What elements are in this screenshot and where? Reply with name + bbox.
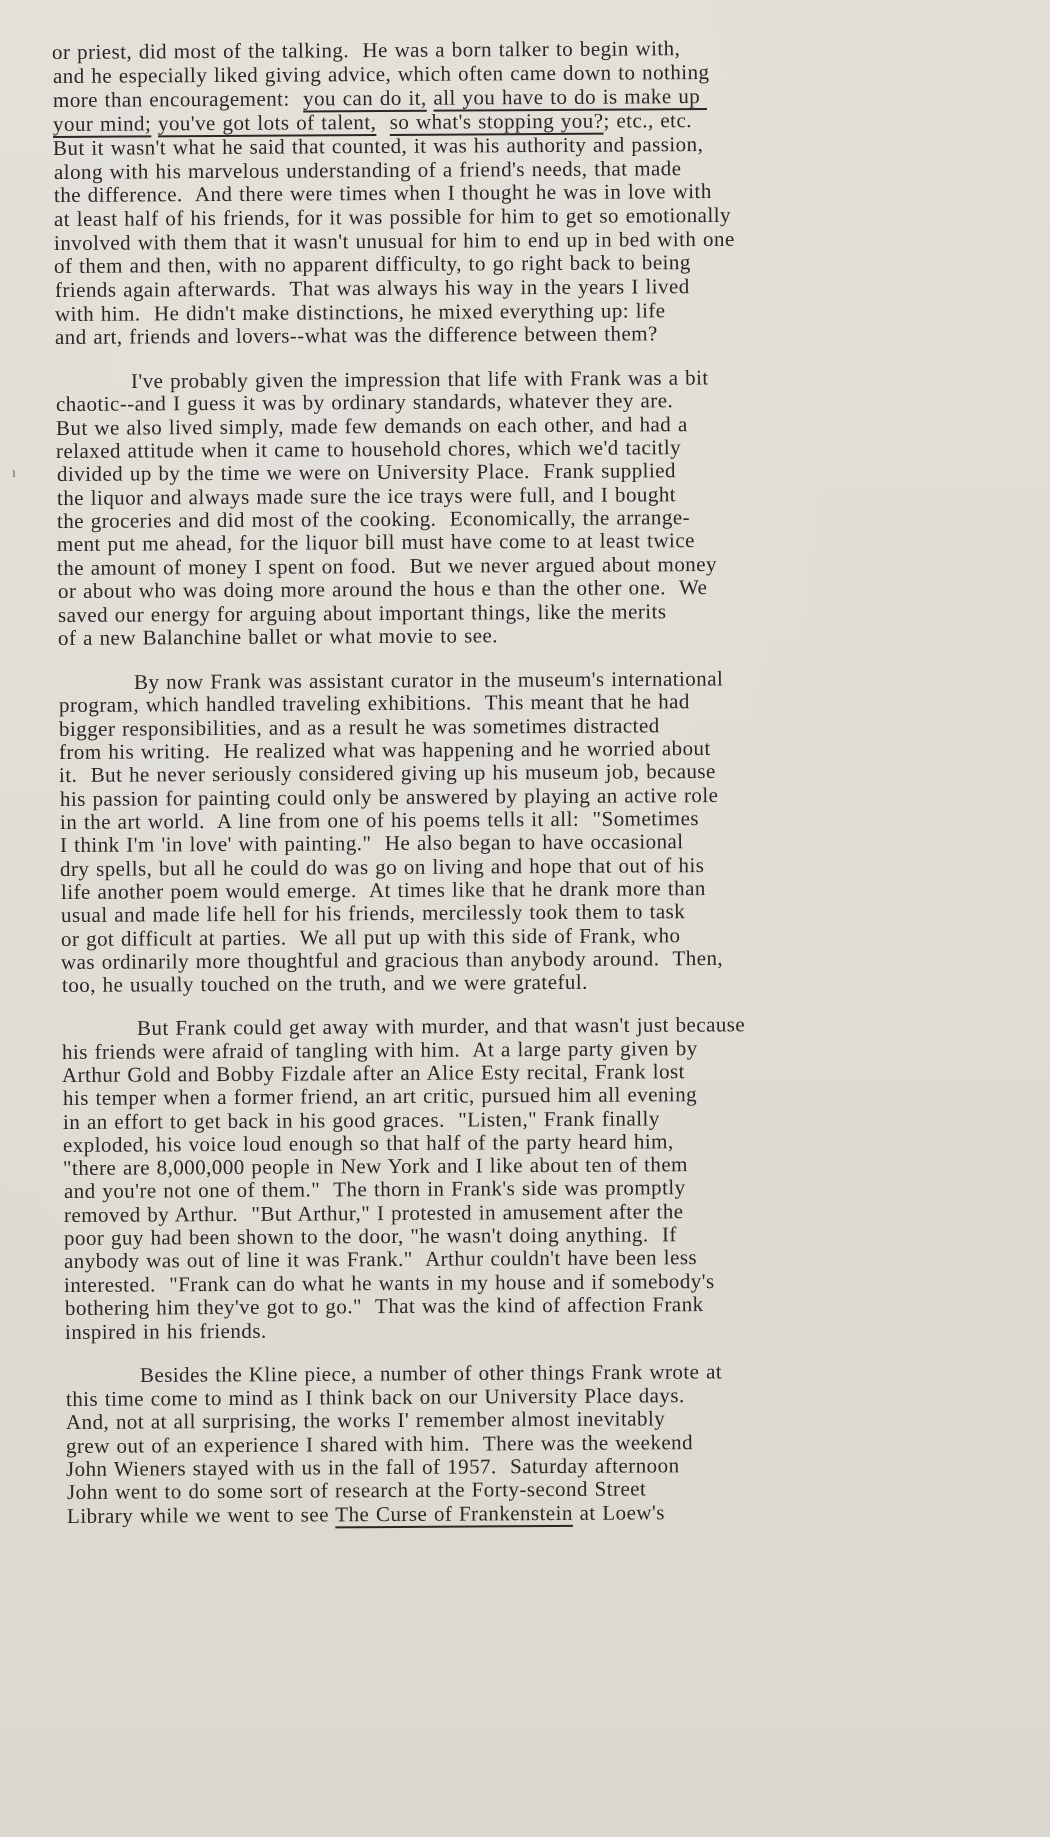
text-run (376, 110, 390, 134)
text-line: of a new Balanchine ballet or what movie… (58, 623, 498, 651)
typescript-page: ı or priest, did most of the talking. He… (0, 0, 1050, 1837)
text-run: Library while we went to see (67, 1502, 335, 1528)
underlined-phrase: your mind; (53, 111, 151, 136)
text-line: Library while we went to see The Curse o… (67, 1500, 665, 1529)
underlined-phrase: The Curse of Frankenstein (335, 1501, 573, 1526)
underlined-phrase: all you have to do is make up (433, 84, 707, 110)
text-run: bothering him they've got to go." That w… (65, 1292, 704, 1320)
text-line: bothering him they've got to go." That w… (65, 1292, 704, 1321)
text-run: saved our energy for arguing about impor… (58, 599, 667, 627)
text-line: inspired in his friends. (65, 1319, 267, 1345)
text-run: inspired in his friends. (65, 1319, 267, 1344)
text-line: and art, friends and lovers--what was th… (55, 321, 658, 350)
text-run: was ordinarily more thoughtful and graci… (61, 946, 723, 974)
underlined-phrase: you've got lots of talent, (158, 110, 377, 135)
text-run: of a new Balanchine ballet or what movie… (58, 623, 498, 650)
text-run: too, he usually touched on the truth, an… (61, 970, 587, 997)
underlined-phrase: you can do it, (303, 86, 427, 111)
text-run: more than encouragement: (53, 86, 303, 112)
text-line: too, he usually touched on the truth, an… (61, 970, 587, 998)
text-run: John went to do some sort of research at… (66, 1476, 645, 1504)
margin-mark: ı (12, 466, 16, 482)
underlined-phrase: so what's stopping you? (390, 109, 604, 134)
text-run: ; etc., etc. (603, 108, 692, 133)
text-run: And, not at all surprising, the works I'… (66, 1406, 665, 1434)
text-run: at Loew's (573, 1500, 665, 1525)
text-run: and art, friends and lovers--what was th… (55, 321, 658, 349)
